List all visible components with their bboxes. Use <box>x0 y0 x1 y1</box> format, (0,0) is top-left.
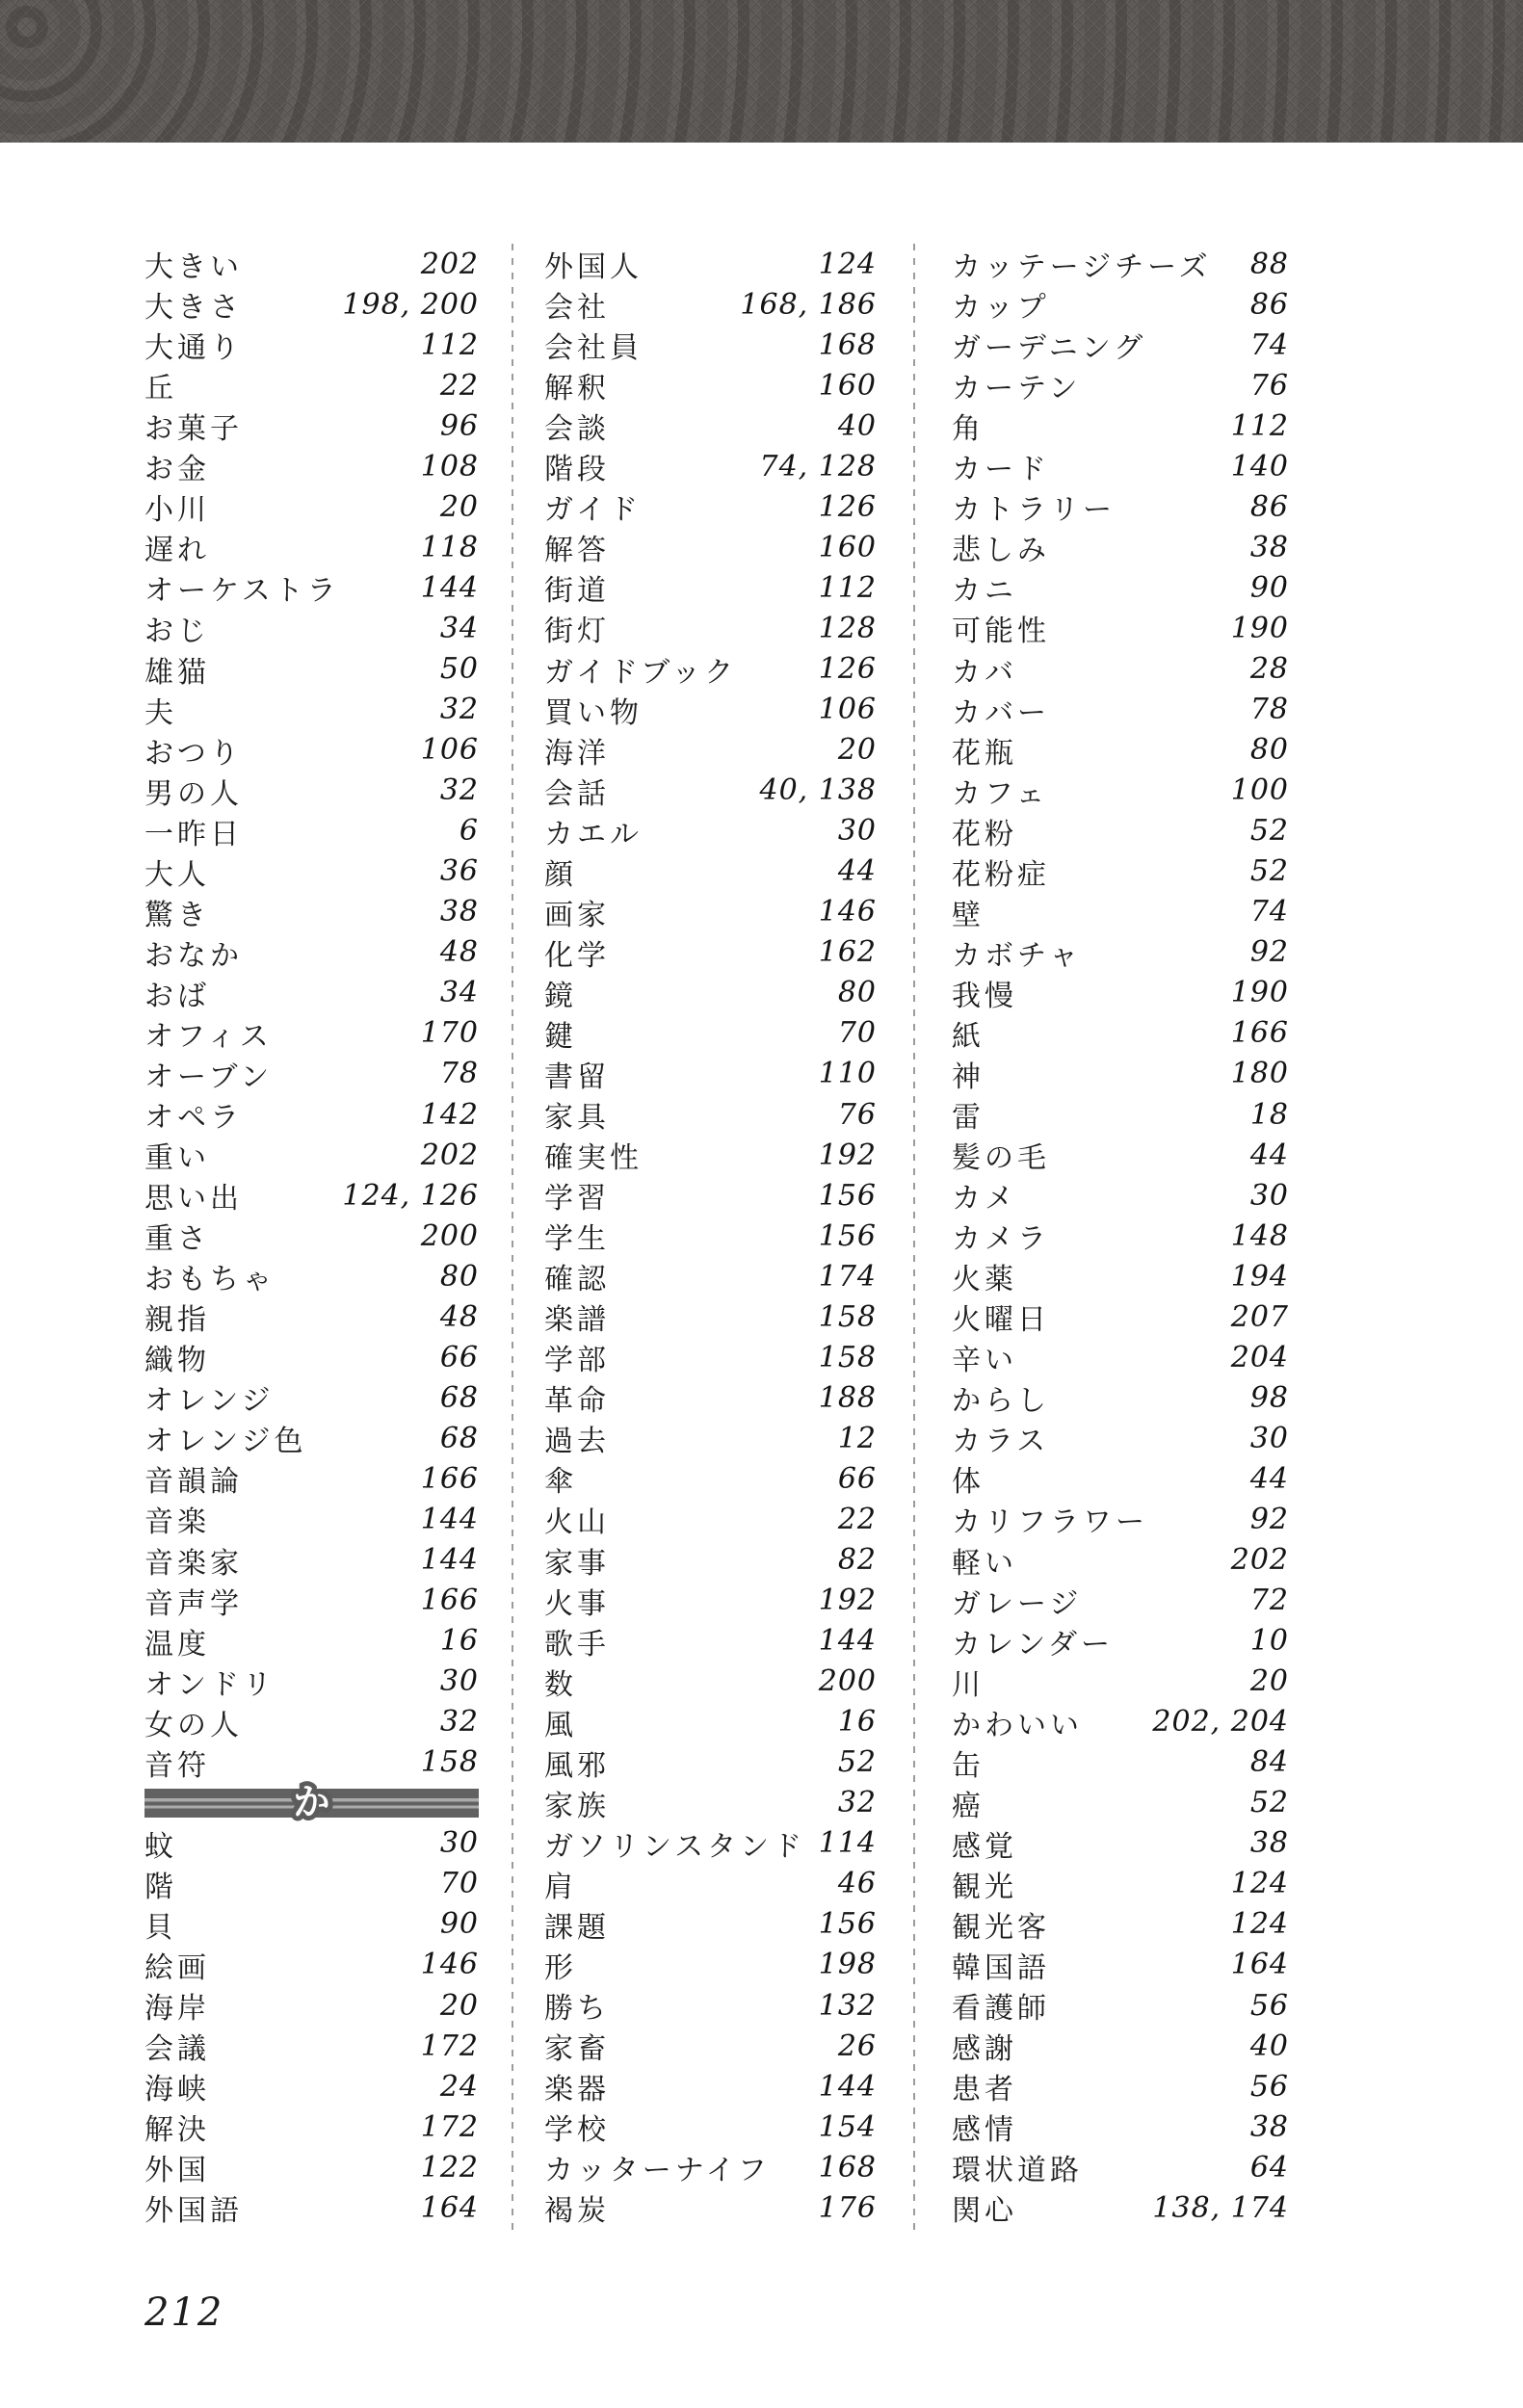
index-term: 化学 <box>544 931 610 974</box>
index-term: 火曜日 <box>952 1296 1050 1338</box>
index-entry: 遅れ118 <box>144 527 479 567</box>
index-term: お金 <box>144 445 210 487</box>
index-entry: 髪の毛44 <box>952 1135 1289 1175</box>
index-page-numbers: 16 <box>838 1705 877 1739</box>
index-entry: 解釈160 <box>544 365 877 406</box>
index-page-numbers: 190 <box>1231 976 1289 1009</box>
index-entry: 会社168, 186 <box>544 284 877 325</box>
index-page-numbers: 44 <box>1250 1462 1289 1496</box>
index-entry: 化学162 <box>544 932 877 973</box>
index-page-numbers: 144 <box>421 571 479 605</box>
index-entry: おもちゃ80 <box>144 1256 479 1296</box>
index-entry: 肩46 <box>544 1864 877 1904</box>
index-entry: 風邪52 <box>544 1742 877 1783</box>
index-term: 解答 <box>544 526 610 568</box>
index-term: 音声学 <box>144 1580 243 1622</box>
index-term: 階段 <box>544 445 610 487</box>
index-page-numbers: 92 <box>1250 935 1289 969</box>
index-page-numbers: 92 <box>1250 1503 1289 1536</box>
index-entry: 書留110 <box>544 1054 877 1094</box>
index-page-numbers: 164 <box>421 2191 479 2225</box>
index-term: 観光客 <box>952 1903 1050 1946</box>
index-page-numbers: 124, 126 <box>342 1179 479 1213</box>
index-entry: オーブン78 <box>144 1054 479 1094</box>
index-entry: 小川20 <box>144 486 479 527</box>
index-term: カバー <box>952 689 1050 731</box>
index-term: 学習 <box>544 1174 610 1217</box>
index-entry: カレンダー10 <box>952 1621 1289 1662</box>
index-entry: 絵画146 <box>144 1945 479 1985</box>
index-entry: 感覚38 <box>952 1823 1289 1864</box>
index-term: カニ <box>952 566 1017 609</box>
index-entry: 花瓶80 <box>952 730 1289 771</box>
index-term: 家族 <box>544 1782 610 1824</box>
index-entry: 辛い204 <box>952 1337 1289 1377</box>
index-page-numbers: 166 <box>421 1584 479 1617</box>
column-separator-right <box>913 244 915 2230</box>
index-page-numbers: 162 <box>819 935 877 969</box>
index-page-numbers: 202, 204 <box>1152 1705 1289 1739</box>
index-term: オペラ <box>144 1093 243 1136</box>
index-page-numbers: 188 <box>819 1381 877 1415</box>
index-page-numbers: 146 <box>819 895 877 929</box>
index-term: 家事 <box>544 1539 610 1582</box>
index-term: ガイド <box>544 485 642 528</box>
index-entry: カエル30 <box>544 811 877 851</box>
index-entry: カッテージチーズ88 <box>952 244 1289 284</box>
index-page-numbers: 156 <box>819 1179 877 1213</box>
index-page-numbers: 46 <box>838 1867 877 1900</box>
index-page-numbers: 144 <box>421 1543 479 1577</box>
index-page-numbers: 18 <box>1250 1098 1289 1132</box>
index-page-numbers: 202 <box>1231 1543 1289 1577</box>
index-page-numbers: 156 <box>819 1219 877 1253</box>
index-page-numbers: 68 <box>440 1381 479 1415</box>
index-page-numbers: 74, 128 <box>759 450 877 484</box>
index-term: 患者 <box>952 2065 1017 2107</box>
index-page-numbers: 78 <box>1250 693 1289 726</box>
index-page-numbers: 48 <box>440 1300 479 1334</box>
index-term: 音楽 <box>144 1498 210 1540</box>
index-page-numbers: 34 <box>440 612 479 645</box>
index-page-numbers: 164 <box>1231 1948 1289 1981</box>
index-term: 海洋 <box>544 729 610 772</box>
index-term: 軽い <box>952 1539 1017 1582</box>
index-entry: 会議172 <box>144 2026 479 2066</box>
index-page-numbers: 132 <box>819 1989 877 2023</box>
page-number: 212 <box>144 2290 223 2335</box>
index-term: からし <box>952 1376 1050 1419</box>
index-page-numbers: 110 <box>819 1057 877 1090</box>
index-entry: オレンジ68 <box>144 1377 479 1418</box>
index-entry: 蚊30 <box>144 1823 479 1864</box>
index-page-numbers: 40, 138 <box>759 773 877 807</box>
index-term: 買い物 <box>544 689 643 731</box>
index-entry: 一昨日6 <box>144 811 479 851</box>
index-entry: 火薬194 <box>952 1256 1289 1296</box>
index-entry: オンドリ30 <box>144 1662 479 1702</box>
index-page-numbers: 44 <box>838 854 877 888</box>
index-page-numbers: 124 <box>819 248 877 281</box>
index-term: 風 <box>544 1701 577 1743</box>
index-page-numbers: 202 <box>421 1139 479 1172</box>
index-entry: 形198 <box>544 1945 877 1985</box>
index-entry: からし98 <box>952 1377 1289 1418</box>
index-term: 楽器 <box>544 2065 610 2107</box>
index-page-numbers: 144 <box>421 1503 479 1536</box>
index-entry: 丘22 <box>144 365 479 406</box>
index-term: 学校 <box>544 2106 610 2148</box>
index-entry: 雷18 <box>952 1094 1289 1135</box>
index-entry: 角112 <box>952 406 1289 446</box>
index-entry: 外国人124 <box>544 244 877 284</box>
index-page-numbers: 56 <box>1250 1989 1289 2023</box>
index-entry: 風16 <box>544 1702 877 1742</box>
index-page-numbers: 158 <box>819 1300 877 1334</box>
index-entry: 褐炭176 <box>544 2187 877 2228</box>
index-entry: 川20 <box>952 1662 1289 1702</box>
index-term: 外国人 <box>544 243 643 285</box>
index-entry: 家族32 <box>544 1783 877 1823</box>
index-column-2: 外国人124会社168, 186会社員168解釈160会談40階段74, 128… <box>544 244 877 2228</box>
index-term: ガーデニング <box>952 324 1146 366</box>
index-entry: 貝90 <box>144 1904 479 1945</box>
index-entry: 音符158 <box>144 1742 479 1783</box>
index-entry: 買い物106 <box>544 690 877 730</box>
index-entry: 音楽家144 <box>144 1540 479 1581</box>
index-term: 音楽家 <box>144 1539 243 1582</box>
index-page-numbers: 86 <box>1250 288 1289 322</box>
index-term: カメ <box>952 1174 1017 1217</box>
index-entry: 確実性192 <box>544 1135 877 1175</box>
index-term: お菓子 <box>144 405 243 447</box>
index-page-numbers: 90 <box>440 1907 479 1941</box>
index-entry: 数200 <box>544 1662 877 1702</box>
index-page-numbers: 24 <box>440 2070 479 2104</box>
index-page-numbers: 30 <box>1250 1422 1289 1455</box>
index-page-numbers: 84 <box>1250 1745 1289 1779</box>
index-page-numbers: 207 <box>1231 1300 1289 1334</box>
index-term: 重さ <box>144 1215 210 1257</box>
index-term: 勝ち <box>544 1984 610 2027</box>
index-entry: ガソリンスタンド114 <box>544 1823 877 1864</box>
index-page-numbers: 96 <box>440 409 479 443</box>
index-page-numbers: 32 <box>838 1786 877 1819</box>
index-page-numbers: 80 <box>440 1260 479 1294</box>
index-page-numbers: 20 <box>1250 1664 1289 1698</box>
index-term: 海岸 <box>144 1984 210 2027</box>
index-column-1: 大きい202大きさ198, 200大通り112丘22お菓子96お金108小川20… <box>144 244 479 2228</box>
index-page-numbers: 180 <box>1231 1057 1289 1090</box>
index-page-numbers: 10 <box>1250 1624 1289 1658</box>
index-page-numbers: 156 <box>819 1907 877 1941</box>
index-page-numbers: 190 <box>1231 612 1289 645</box>
index-page-numbers: 66 <box>838 1462 877 1496</box>
index-entry: 看護師56 <box>952 1985 1289 2026</box>
index-page-numbers: 12 <box>838 1422 877 1455</box>
index-entry: ガイドブック126 <box>544 648 877 689</box>
index-term: カップ <box>952 283 1050 326</box>
index-page-numbers: 30 <box>1250 1179 1289 1213</box>
index-term: オレンジ色 <box>144 1417 307 1459</box>
index-entry: 紙166 <box>952 1013 1289 1054</box>
index-term: 花粉症 <box>952 851 1050 893</box>
index-entry: ガーデニング74 <box>952 325 1289 365</box>
index-term: 鍵 <box>544 1012 577 1055</box>
index-term: カリフラワー <box>952 1498 1148 1540</box>
index-term: 一昨日 <box>144 810 243 852</box>
index-entry: 海岸20 <box>144 1985 479 2026</box>
index-entry: 観光124 <box>952 1864 1289 1904</box>
index-term: 温度 <box>144 1620 210 1662</box>
index-entry: 花粉52 <box>952 811 1289 851</box>
index-page-numbers: 32 <box>440 693 479 726</box>
index-page-numbers: 38 <box>1250 1826 1289 1860</box>
index-term: 重い <box>144 1134 210 1176</box>
index-entry: カメラ148 <box>952 1216 1289 1256</box>
index-entry: 楽譜158 <box>544 1296 877 1337</box>
index-term: 神 <box>952 1053 985 1095</box>
index-entry: 家具76 <box>544 1094 877 1135</box>
section-divider-band: かか <box>144 1789 479 1818</box>
index-page-numbers: 122 <box>421 2151 479 2185</box>
index-term: 丘 <box>144 364 177 406</box>
index-term: 大きい <box>144 243 243 285</box>
index-column-3: カッテージチーズ88カップ86ガーデニング74カーテン76角112カード140カ… <box>952 244 1289 2228</box>
index-term: 確実性 <box>544 1134 643 1176</box>
index-term: 外国 <box>144 2146 210 2188</box>
index-term: 辛い <box>952 1336 1017 1378</box>
index-page-numbers: 168 <box>819 328 877 362</box>
index-term: 解決 <box>144 2106 210 2148</box>
index-entry: 街灯128 <box>544 608 877 648</box>
index-entry: カップ86 <box>952 284 1289 325</box>
index-term: 課題 <box>544 1903 610 1946</box>
index-entry: 大きい202 <box>144 244 479 284</box>
index-term: 音韻論 <box>144 1457 243 1500</box>
index-page-numbers: 44 <box>1250 1139 1289 1172</box>
index-page-numbers: 204 <box>1231 1341 1289 1374</box>
index-entry: 海峡24 <box>144 2066 479 2107</box>
index-term: 女の人 <box>144 1701 243 1743</box>
index-term: 角 <box>952 405 985 447</box>
index-term: カバ <box>952 648 1017 691</box>
index-page-numbers: 32 <box>440 1705 479 1739</box>
index-entry: 大通り112 <box>144 325 479 365</box>
index-entry: 織物66 <box>144 1337 479 1377</box>
index-page-numbers: 48 <box>440 935 479 969</box>
index-term: 花瓶 <box>952 729 1017 772</box>
index-term: オーケストラ <box>144 566 340 609</box>
index-entry: 歌手144 <box>544 1621 877 1662</box>
index-entry: お金108 <box>144 446 479 486</box>
index-entry: 男の人32 <box>144 771 479 811</box>
index-entry: 軽い202 <box>952 1540 1289 1581</box>
index-entry: 外国語164 <box>144 2187 479 2228</box>
index-page-numbers: 112 <box>421 328 479 362</box>
index-term: カレンダー <box>952 1620 1114 1662</box>
index-page-numbers: 146 <box>421 1948 479 1981</box>
index-page-numbers: 64 <box>1250 2151 1289 2185</box>
index-term: 看護師 <box>952 1984 1050 2027</box>
index-term: 肩 <box>544 1863 577 1905</box>
index-term: カーテン <box>952 364 1082 406</box>
index-term: 体 <box>952 1457 985 1500</box>
index-entry: 街道112 <box>544 567 877 608</box>
index-entry: 階段74, 128 <box>544 446 877 486</box>
index-page-numbers: 22 <box>838 1503 877 1536</box>
index-term: 関心 <box>952 2186 1017 2229</box>
index-page-numbers: 148 <box>1231 1219 1289 1253</box>
index-term: 感情 <box>952 2106 1017 2148</box>
index-entry: おじ34 <box>144 608 479 648</box>
index-entry: カラス30 <box>952 1418 1289 1458</box>
index-page-numbers: 200 <box>819 1664 877 1698</box>
index-entry: 画家146 <box>544 892 877 932</box>
index-term: 貝 <box>144 1903 177 1946</box>
index-term: 確認 <box>544 1255 610 1297</box>
index-term: 会社 <box>544 283 610 326</box>
index-entry: ガイド126 <box>544 486 877 527</box>
index-page-numbers: 172 <box>421 2110 479 2144</box>
index-term: 風邪 <box>544 1741 610 1784</box>
index-term: おば <box>144 972 210 1014</box>
section-divider: かか <box>144 1783 479 1823</box>
index-entry: 思い出124, 126 <box>144 1175 479 1216</box>
index-entry: 驚き38 <box>144 892 479 932</box>
index-entry: 夫32 <box>144 690 479 730</box>
index-term: 書留 <box>544 1053 610 1095</box>
index-page-numbers: 200 <box>421 1219 479 1253</box>
index-entry: 韓国語164 <box>952 1945 1289 1985</box>
index-term: 解釈 <box>544 364 610 406</box>
index-page-numbers: 198, 200 <box>342 288 479 322</box>
index-page-numbers: 192 <box>819 1139 877 1172</box>
index-page-numbers: 30 <box>838 814 877 848</box>
index-term: 思い出 <box>144 1174 243 1217</box>
index-entry: 大人36 <box>144 851 479 892</box>
index-entry: 過去12 <box>544 1418 877 1458</box>
index-page-numbers: 158 <box>421 1745 479 1779</box>
index-page-numbers: 66 <box>440 1341 479 1374</box>
index-entry: 花粉症52 <box>952 851 1289 892</box>
index-term: 学部 <box>544 1336 610 1378</box>
index-term: 会議 <box>144 2025 210 2067</box>
index-page-numbers: 194 <box>1231 1260 1289 1294</box>
index-entry: おば34 <box>144 973 479 1013</box>
index-entry: 海洋20 <box>544 730 877 771</box>
index-term: 家具 <box>544 1093 610 1136</box>
index-term: 大きさ <box>144 283 243 326</box>
index-page-numbers: 140 <box>1231 450 1289 484</box>
index-term: カボチャ <box>952 931 1082 974</box>
index-entry: カニ90 <box>952 567 1289 608</box>
index-page-numbers: 30 <box>440 1664 479 1698</box>
index-term: 小川 <box>144 485 210 528</box>
index-entry: 学生156 <box>544 1216 877 1256</box>
index-term: 缶 <box>952 1741 985 1784</box>
index-term: 会話 <box>544 770 610 812</box>
index-page-numbers: 36 <box>440 854 479 888</box>
index-term: 夫 <box>144 689 177 731</box>
index-page-numbers: 34 <box>440 976 479 1009</box>
index-page-numbers: 52 <box>838 1745 877 1779</box>
index-entry: オレンジ色68 <box>144 1418 479 1458</box>
decorative-header-pattern <box>0 0 1523 143</box>
index-entry: 缶84 <box>952 1742 1289 1783</box>
index-term: 会社員 <box>544 324 643 366</box>
index-page-numbers: 160 <box>819 369 877 403</box>
index-term: 音符 <box>144 1741 210 1784</box>
index-term: おつり <box>144 729 243 772</box>
index-term: 韓国語 <box>952 1944 1050 1986</box>
index-page-numbers: 38 <box>1250 531 1289 564</box>
index-entry: 大きさ198, 200 <box>144 284 479 325</box>
index-term: 紙 <box>952 1012 985 1055</box>
index-page-numbers: 38 <box>440 895 479 929</box>
index-page-numbers: 76 <box>838 1098 877 1132</box>
index-entry: カバー78 <box>952 690 1289 730</box>
index-page-numbers: 124 <box>1231 1867 1289 1900</box>
index-term: おなか <box>144 931 243 974</box>
index-entry: 傘66 <box>544 1458 877 1499</box>
index-entry: 会談40 <box>544 406 877 446</box>
index-page-numbers: 126 <box>819 652 877 686</box>
index-entry: オペラ142 <box>144 1094 479 1135</box>
index-term: 火山 <box>544 1498 610 1540</box>
index-term: カッターナイフ <box>544 2146 771 2188</box>
index-entry: オーケストラ144 <box>144 567 479 608</box>
index-term: 鏡 <box>544 972 577 1014</box>
index-page-numbers: 16 <box>440 1624 479 1658</box>
index-entry: 関心138, 174 <box>952 2187 1289 2228</box>
index-page-numbers: 40 <box>1250 2029 1289 2063</box>
index-page-numbers: 176 <box>819 2191 877 2225</box>
index-entry: 鏡80 <box>544 973 877 1013</box>
index-term: 階 <box>144 1863 177 1905</box>
index-term: 遅れ <box>144 526 210 568</box>
index-entry: カトラリー86 <box>952 486 1289 527</box>
index-entry: 火山22 <box>544 1499 877 1539</box>
index-term: 蚊 <box>144 1822 177 1865</box>
index-term: 感覚 <box>952 1822 1017 1865</box>
index-term: ガイドブック <box>544 648 737 691</box>
index-page-numbers: 56 <box>1250 2070 1289 2104</box>
index-page-numbers: 80 <box>1250 733 1289 767</box>
index-term: 可能性 <box>952 607 1050 649</box>
index-entry: 階70 <box>144 1864 479 1904</box>
index-page-numbers: 78 <box>440 1057 479 1090</box>
index-term: ガレージ <box>952 1580 1082 1622</box>
section-divider-text: か <box>293 1784 329 1820</box>
index-term: 画家 <box>544 891 610 933</box>
index-page-numbers: 128 <box>819 612 877 645</box>
index-page-numbers: 80 <box>838 976 877 1009</box>
index-term: 革命 <box>544 1376 610 1419</box>
index-page-numbers: 112 <box>819 571 877 605</box>
index-term: 楽譜 <box>544 1296 610 1338</box>
index-entry: 重い202 <box>144 1135 479 1175</box>
index-entry: 我慢190 <box>952 973 1289 1013</box>
index-entry: 重さ200 <box>144 1216 479 1256</box>
index-entry: 革命188 <box>544 1377 877 1418</box>
index-page-numbers: 82 <box>838 1543 877 1577</box>
index-page-numbers: 106 <box>819 693 877 726</box>
index-term: 我慢 <box>952 972 1017 1014</box>
index-term: 大人 <box>144 851 210 893</box>
index-entry: 可能性190 <box>952 608 1289 648</box>
index-entry: お菓子96 <box>144 406 479 446</box>
